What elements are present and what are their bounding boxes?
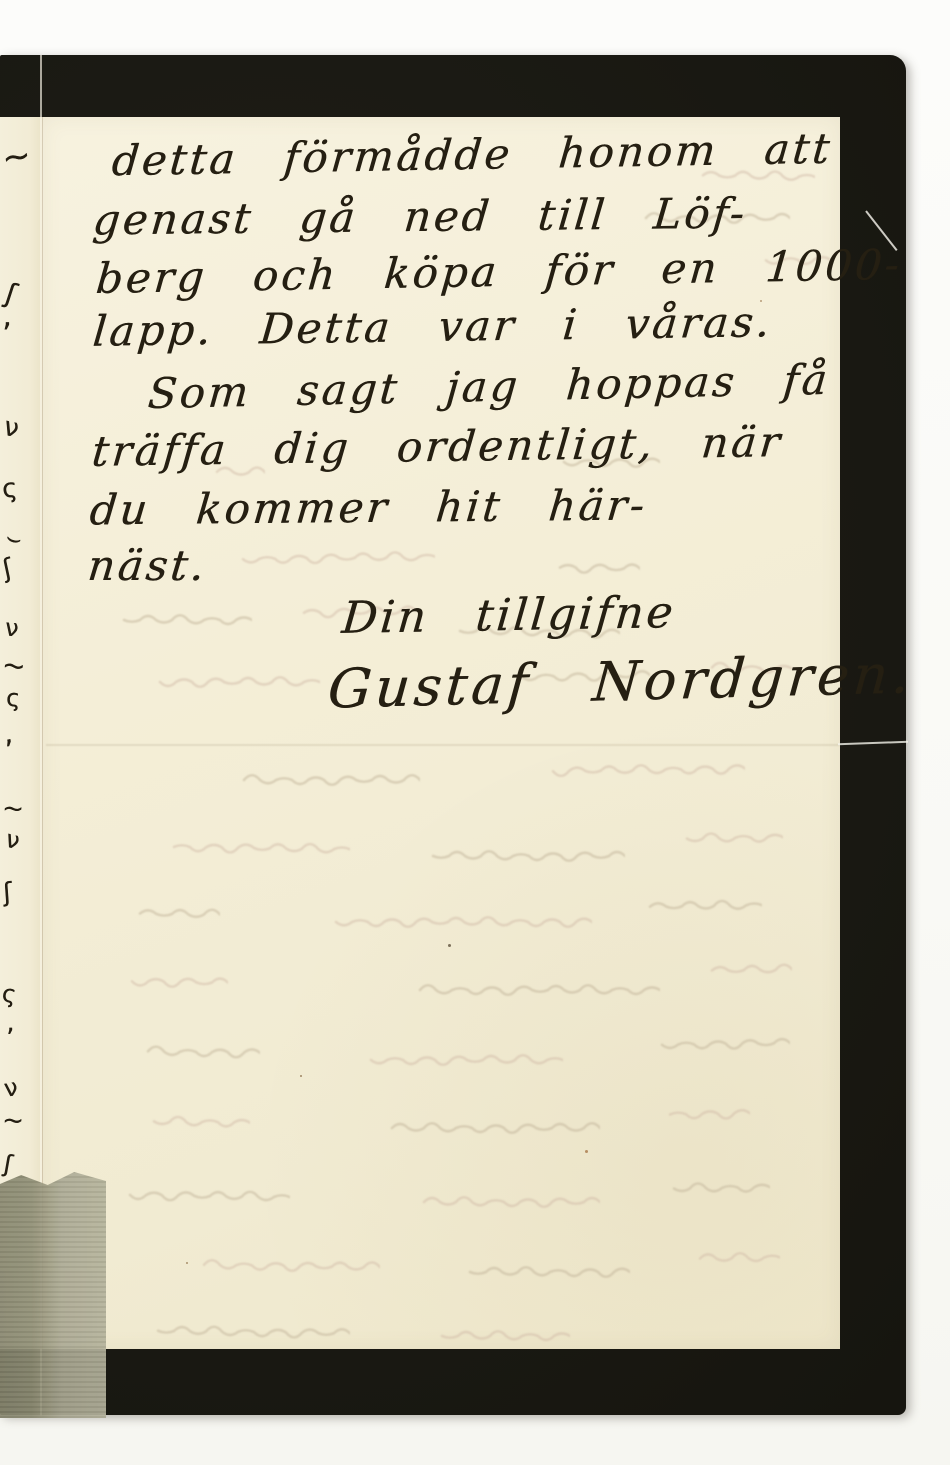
handwriting-line: genast gå ned till Löf- — [91, 193, 749, 242]
closing-line: Din tillgifne — [340, 591, 677, 641]
letter-scan: ∼ʃ‚νς⌣ʃν∼ς‚∼νʃς‚ν∼ʃ detta förmådde honom… — [0, 0, 950, 1465]
signature-line: Gustaf Nordgren. — [326, 647, 915, 716]
paper-speck — [760, 300, 762, 302]
paper-speck — [448, 944, 451, 947]
paper-speck — [300, 1075, 302, 1077]
horizontal-fold-crease — [46, 744, 840, 746]
handwriting-line: du kommer hit här- — [88, 485, 649, 532]
handwriting-line: Som sagt jag hoppas få — [146, 359, 831, 415]
handwriting-line: lapp. Detta var i våras. — [91, 301, 774, 353]
handwriting-line: näst. — [86, 545, 209, 587]
paper-speck — [186, 1262, 188, 1264]
handwriting-line: träffa dig ordentligt, när — [90, 421, 784, 473]
handwriting-layer: detta förmådde honom attgenast gå ned ti… — [0, 0, 950, 1465]
vertical-fold-crease-shadow — [42, 117, 43, 1349]
handwriting-line: berg och köpa för en 1000- — [94, 244, 903, 300]
paper-speck — [585, 1150, 588, 1153]
handwriting-line: detta förmådde honom att — [110, 128, 834, 183]
tape-residue — [0, 1172, 106, 1418]
